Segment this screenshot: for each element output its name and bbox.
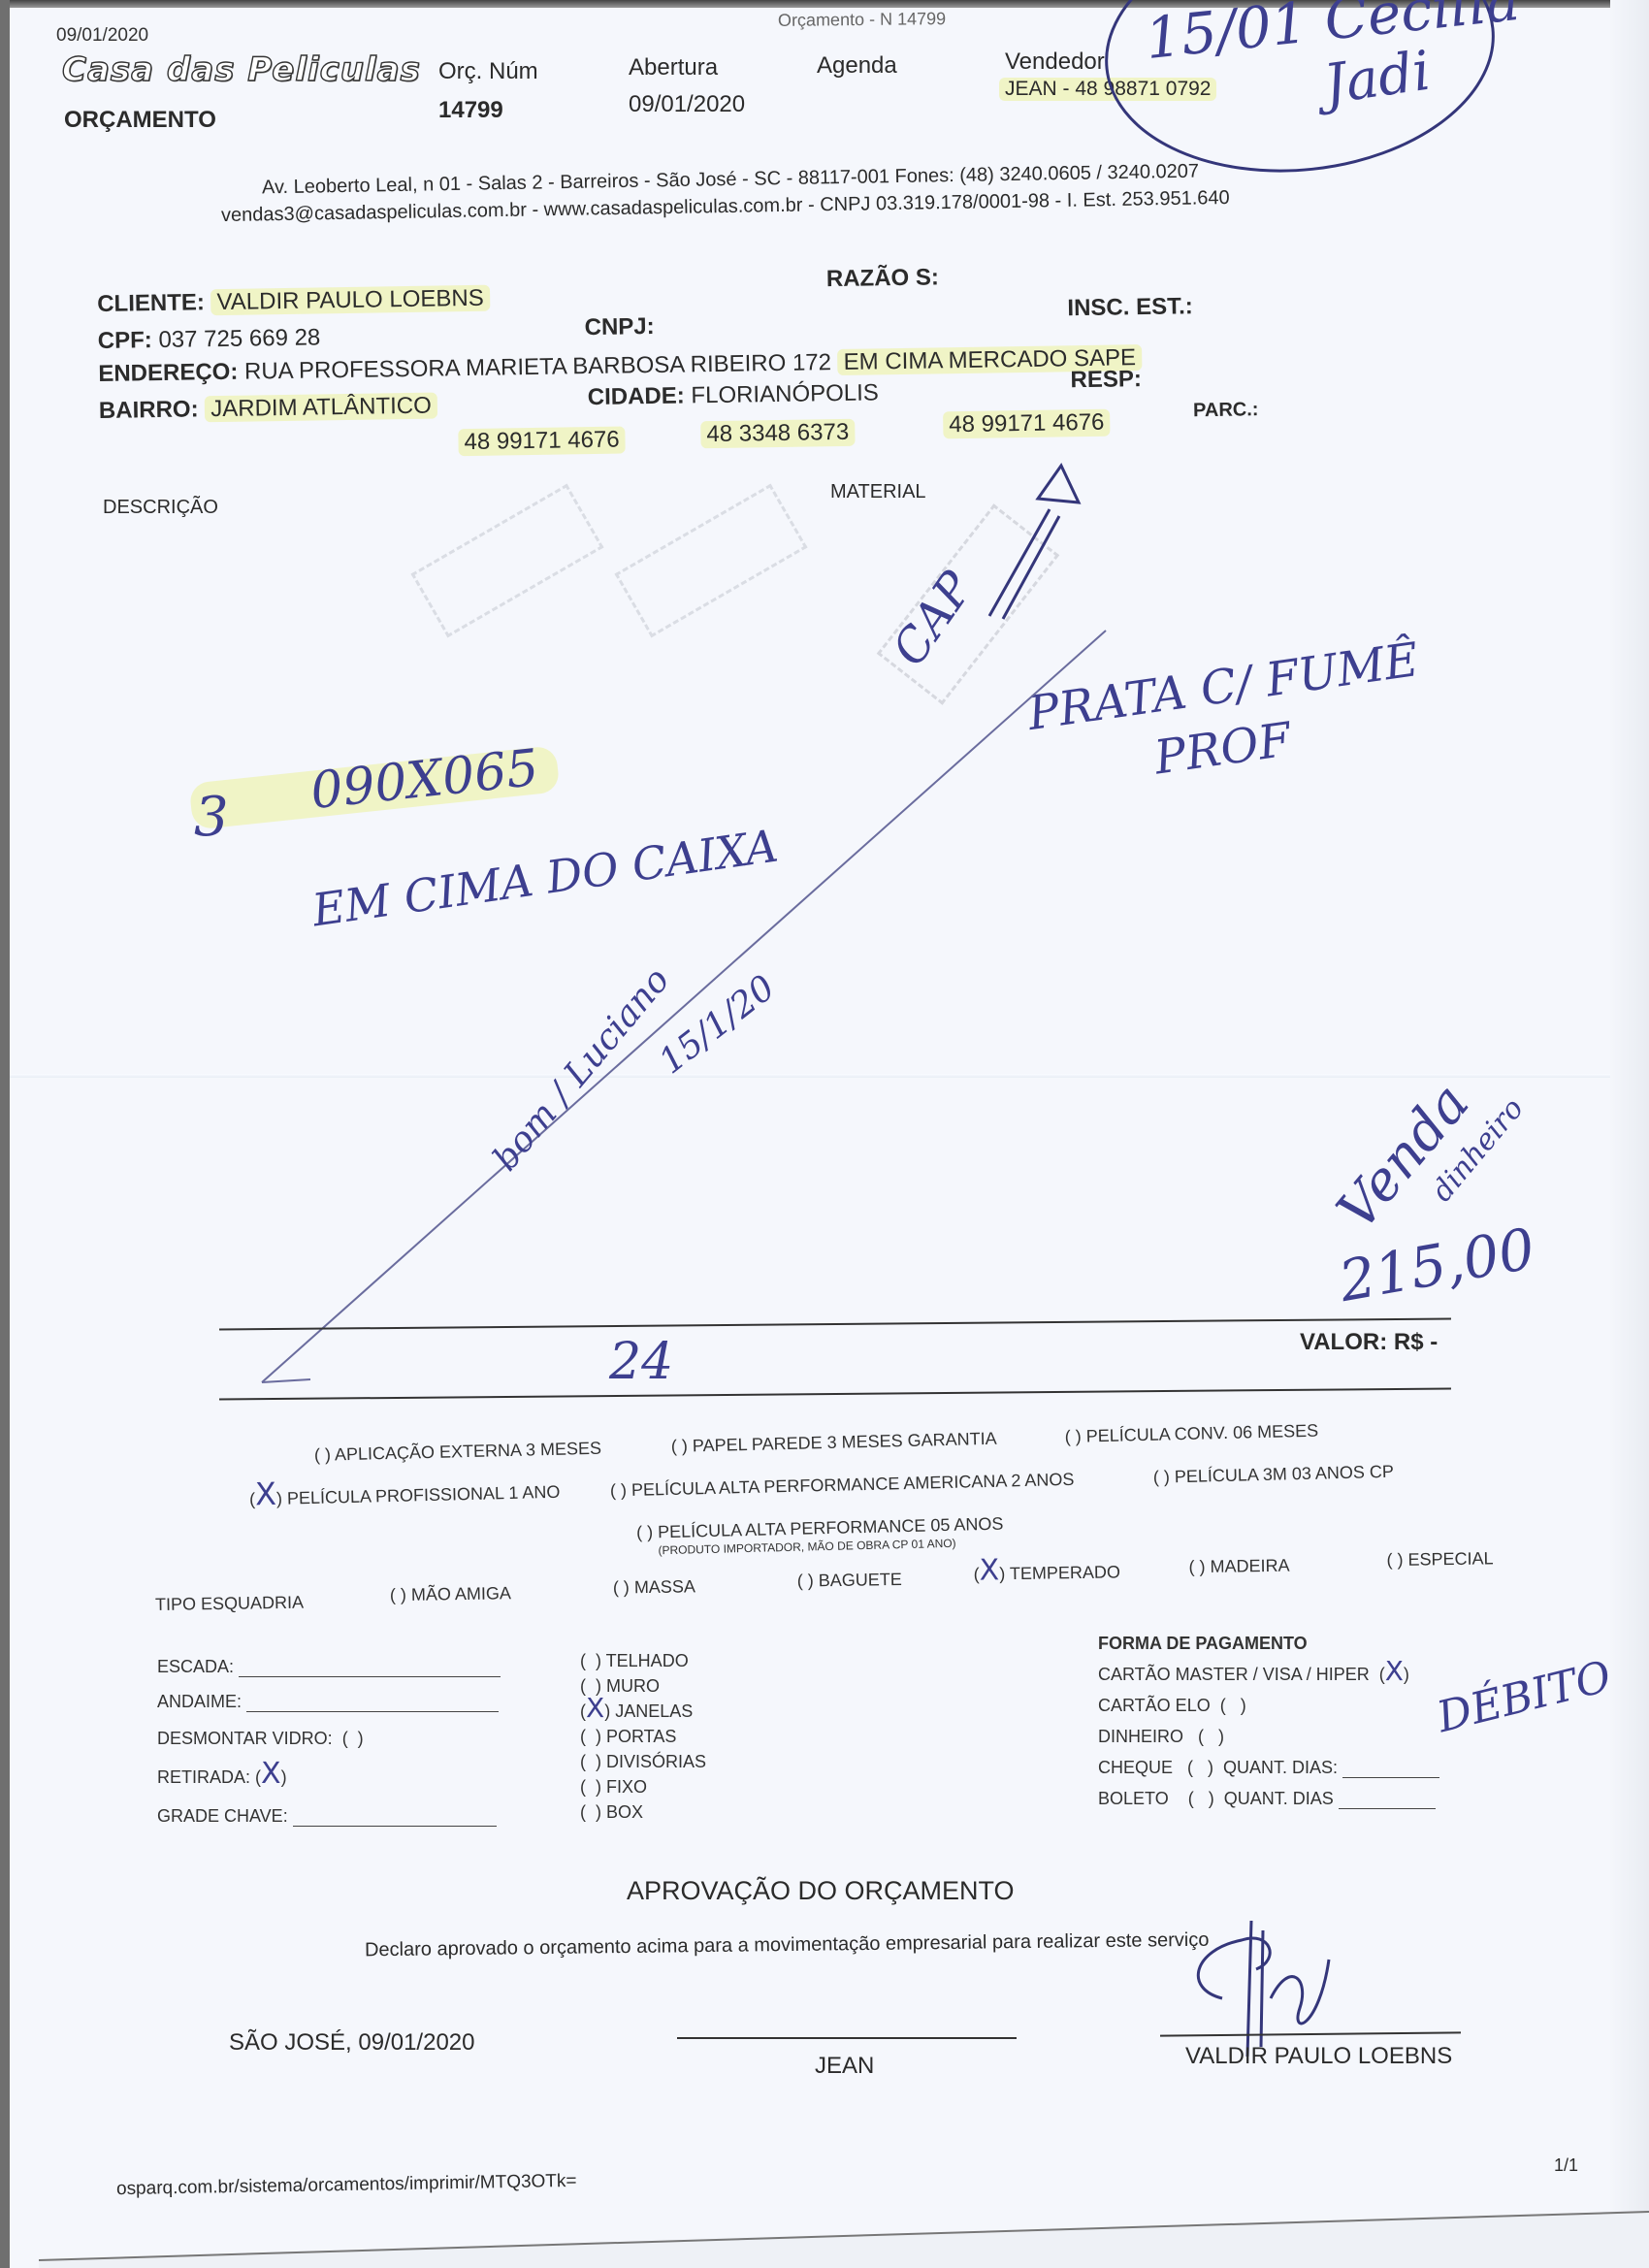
abertura-label: Abertura (629, 54, 718, 81)
retirada-checkbox[interactable]: RETIRADA: (X) (157, 1767, 287, 1788)
agenda-label: Agenda (817, 52, 897, 80)
handwritten-payment-note: DÉBITO (1433, 1652, 1616, 1743)
escada-field[interactable]: ESCADA: (157, 1657, 501, 1677)
esquadria-label: TIPO ESQUADRIA (155, 1593, 304, 1615)
esquadria-option[interactable]: ( ) MASSA (613, 1576, 695, 1598)
payment-elo-checkbox[interactable]: CARTÃO ELO ( ) (1098, 1696, 1246, 1716)
film-option[interactable]: ( ) PAPEL PAREDE 3 MESES GARANTIA (671, 1429, 997, 1457)
parc-label: PARC.: (1193, 399, 1259, 422)
payment-title: FORMA DE PAGAMENTO (1098, 1634, 1308, 1654)
local-option[interactable]: ( ) BOX (580, 1802, 643, 1823)
grade-chave-field[interactable]: GRADE CHAVE: (157, 1806, 497, 1827)
client-signature-name: VALDIR PAULO LOEBNS (1185, 2043, 1452, 2070)
approval-title: APROVAÇÃO DO ORÇAMENTO (627, 1876, 1015, 1906)
handwritten-arrow-icon (970, 456, 1086, 621)
payment-master-checkbox[interactable]: CARTÃO MASTER / VISA / HIPER (X) (1098, 1665, 1409, 1685)
orc-num-value: 14799 (438, 97, 503, 124)
cidade-value: FLORIANÓPOLIS (691, 379, 879, 408)
scan-edge-right (1610, 0, 1649, 2268)
desmontar-vidro-checkbox[interactable]: DESMONTAR VIDRO: ( ) (157, 1729, 364, 1749)
phone-3: 48 99171 4676 (943, 409, 1111, 439)
esquadria-option[interactable]: ( ) BAGUETE (797, 1570, 902, 1592)
approval-place-date: SÃO JOSÉ, 09/01/2020 (229, 2029, 475, 2057)
approval-statement: Declaro aprovado o orçamento acima para … (365, 1929, 1210, 1962)
bairro-value: JARDIM ATLÂNTICO (205, 393, 437, 423)
handwritten-material-2: PROF (1151, 712, 1295, 785)
phone-1: 48 99171 4676 (458, 426, 626, 456)
abertura-value: 09/01/2020 (629, 91, 745, 118)
local-option[interactable]: ( ) TELHADO (580, 1651, 689, 1671)
cliente-value: VALDIR PAULO LOEBNS (210, 285, 490, 316)
faded-stamp-1 (410, 484, 603, 638)
local-option[interactable]: ( ) DIVISÓRIAS (580, 1752, 706, 1772)
bairro-label: BAIRRO: (99, 396, 199, 424)
footer-url[interactable]: osparq.com.br/sistema/orcamentos/imprimi… (116, 2171, 577, 2200)
local-option[interactable]: ( ) FIXO (580, 1777, 647, 1798)
esquadria-option[interactable]: ( ) ESPECIAL (1386, 1548, 1493, 1571)
andaime-field[interactable]: ANDAIME: (157, 1692, 499, 1712)
cnpj-label: CNPJ: (584, 313, 654, 341)
material-header: MATERIAL (830, 481, 926, 503)
paper-bottom-edge (39, 2202, 1649, 2268)
handwritten-quantity: 3 (194, 786, 229, 849)
esquadria-option[interactable]: ( ) MÃO AMIGA (390, 1583, 511, 1605)
seller-signature-name: JEAN (815, 2053, 874, 2080)
insc-est-label: INSC. EST.: (1067, 293, 1193, 322)
cpf-value: 037 725 669 28 (158, 324, 320, 353)
film-option[interactable]: ( ) PELÍCULA ALTA PERFORMANCE AMERICANA … (610, 1470, 1075, 1502)
page-indicator: 1/1 (1554, 2155, 1578, 2176)
valor-label: VALOR: R$ - (1300, 1329, 1438, 1356)
payment-dinheiro-checkbox[interactable]: DINHEIRO ( ) (1098, 1727, 1224, 1747)
cidade-label: CIDADE: (588, 382, 685, 410)
payment-boleto-checkbox[interactable]: BOLETO ( ) QUANT. DIAS (1098, 1789, 1436, 1809)
film-option-checked[interactable]: (X) PELÍCULA PROFISSIONAL 1 ANO (249, 1482, 561, 1510)
local-option[interactable]: ( ) PORTAS (580, 1727, 676, 1747)
film-option[interactable]: ( ) PELÍCULA 3M 03 ANOS CP (1153, 1462, 1395, 1488)
esquadria-option[interactable]: ( ) MADEIRA (1188, 1556, 1289, 1578)
client-signature-icon[interactable] (1164, 1901, 1358, 2066)
scan-edge-left (0, 0, 10, 2268)
razao-label: RAZÃO S: (826, 264, 939, 293)
brand-logo: Casa das Peliculas (62, 50, 421, 89)
handwritten-total-area: 24 (609, 1333, 673, 1391)
local-option-checked[interactable]: (X) JANELAS (580, 1701, 693, 1722)
film-option[interactable]: ( ) PELÍCULA CONV. 06 MESES (1065, 1421, 1319, 1447)
cpf-label: CPF: (98, 327, 152, 354)
resp-label: RESP: (1070, 366, 1142, 394)
film-option[interactable]: ( ) APLICAÇÃO EXTERNA 3 MESES (314, 1439, 602, 1466)
esquadria-option-checked[interactable]: (X) TEMPERADO (974, 1562, 1121, 1584)
endereco-label: ENDEREÇO: (98, 359, 238, 387)
payment-cheque-checkbox[interactable]: CHEQUE ( ) QUANT. DIAS: (1098, 1758, 1439, 1778)
descricao-header: DESCRIÇÃO (103, 497, 218, 519)
print-date: 09/01/2020 (56, 25, 148, 47)
orc-num-label: Orç. Núm (438, 58, 538, 85)
cliente-label: CLIENTE: (97, 289, 205, 317)
endereco-value: RUA PROFESSORA MARIETA BARBOSA RIBEIRO 1… (244, 349, 831, 385)
doc-type-title: ORÇAMENTO (64, 107, 216, 134)
seller-signature-line (677, 2037, 1017, 2039)
faded-stamp-2 (614, 484, 807, 638)
total-line-bottom (219, 1387, 1451, 1400)
doc-reference: Orçamento - N 14799 (778, 9, 946, 31)
phone-2: 48 3348 6373 (700, 419, 855, 448)
diagonal-strike-line (252, 621, 1125, 1387)
